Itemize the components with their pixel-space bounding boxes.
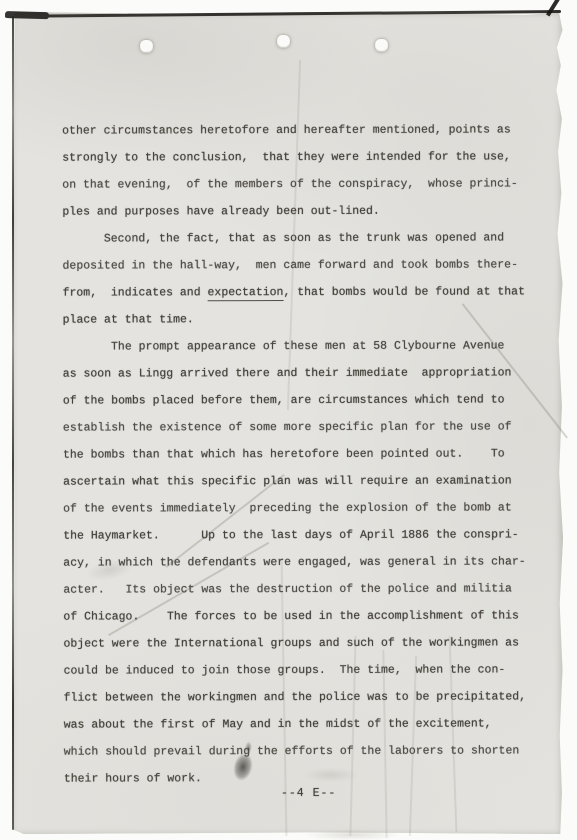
- scanned-document-photo: other circumstances heretofore and herea…: [0, 0, 577, 840]
- text-line-8: place at that time.: [63, 305, 533, 333]
- text-line-14: ascertain what this specific plan was wi…: [63, 467, 533, 495]
- text-line-7: from, indicates and expectation, that bo…: [63, 278, 533, 306]
- text-line-21: could be induced to join those groups. T…: [64, 656, 534, 684]
- text-line-23: was about the first of May and in the mi…: [64, 710, 534, 738]
- text-line-16: the Haymarket. Up to the last days of Ap…: [63, 521, 533, 549]
- text-line-24: which should prevail during the efforts …: [64, 737, 534, 765]
- text-line-3: on that evening, of the members of the c…: [62, 170, 532, 198]
- paper-stain: [292, 828, 412, 840]
- page-number: --4 E--: [281, 787, 336, 800]
- text-block: other circumstances heretofore and herea…: [62, 116, 534, 792]
- text-line-4: ples and purposes have already been out-…: [62, 197, 532, 225]
- text-line-2: strongly to the conclusion, that they we…: [62, 143, 532, 171]
- underlined-word: expectation: [207, 286, 283, 301]
- text-line-17: acy, in which the defendants were engage…: [63, 548, 533, 576]
- text-line-19: of Chicago. The forces to be used in the…: [63, 602, 533, 630]
- text-line-1: other circumstances heretofore and herea…: [62, 116, 532, 144]
- text-line-20: object were the International groups and…: [63, 629, 533, 657]
- text-line-12: establish the existence of some more spe…: [63, 413, 533, 441]
- text-line-6: deposited in the hall-way, men came forw…: [62, 251, 532, 279]
- punch-hole-1: [140, 40, 153, 53]
- text-line-9: The prompt appearance of these men at 58…: [63, 332, 533, 360]
- text-line-18: acter. Its object was the destruction of…: [63, 575, 533, 603]
- scan-left-edge-mark: [12, 16, 14, 830]
- text-line-10: as soon as Lingg arrived there and their…: [63, 359, 533, 387]
- punch-hole-2: [277, 35, 290, 48]
- text-line-13: the bombs than that which has heretofore…: [63, 440, 533, 468]
- text-line-11: of the bombs placed before them, are cir…: [63, 386, 533, 414]
- punch-hole-3: [375, 39, 388, 52]
- text-line-15: of the events immediately preceding the …: [63, 494, 533, 522]
- text-line-5: Second, the fact, that as soon as the tr…: [62, 224, 532, 252]
- text-line-22: flict between the workingmen and the pol…: [64, 683, 534, 711]
